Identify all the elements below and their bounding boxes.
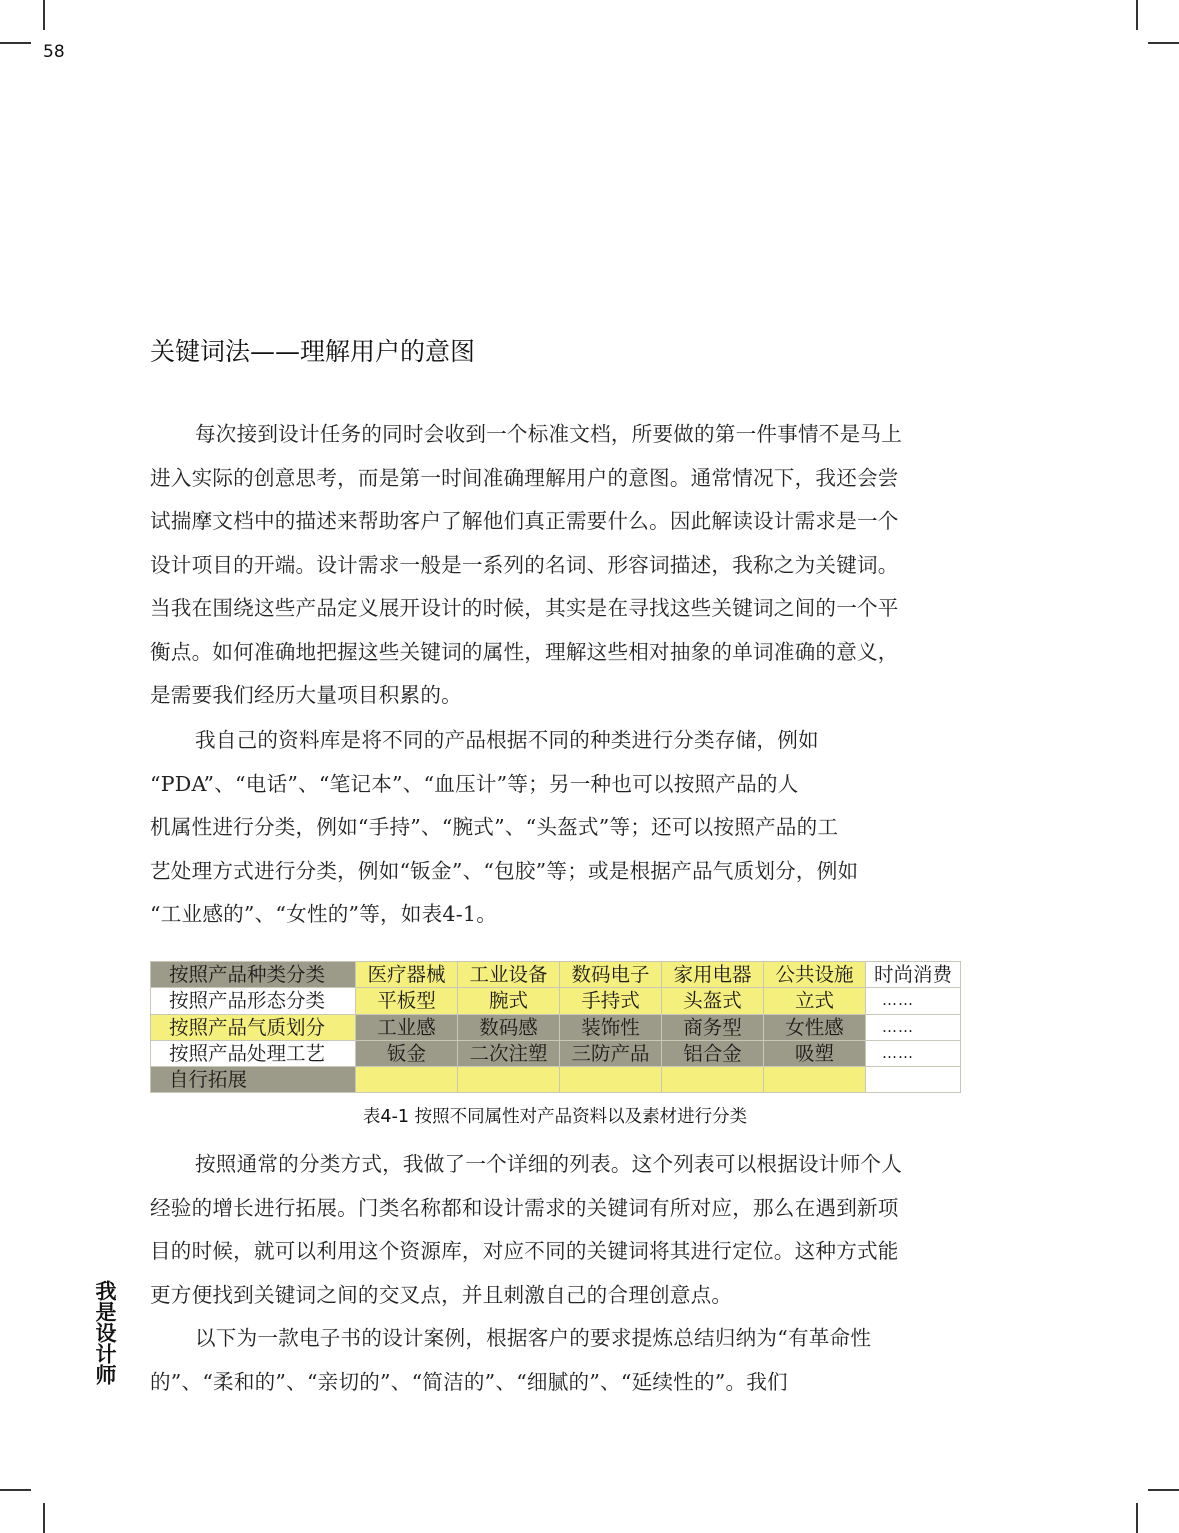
paragraph-3: 按照通常的分类方式，我做了一个详细的列表。这个列表可以根据设计师个人 经验的增长… <box>150 1143 960 1317</box>
crop-mark-top-right-horizontal <box>1148 42 1179 44</box>
paragraph-line: 我自己的资料库是将不同的产品根据不同的种类进行分类存储，例如 <box>150 719 960 763</box>
paragraph-line: 的”、“柔和的”、“亲切的”、“简洁的”、“细腻的”、“延续性的”。我们 <box>150 1361 960 1405</box>
table-cell: 立式 <box>764 988 866 1014</box>
row-header: 按照产品处理工艺 <box>151 1040 356 1066</box>
paragraph-line: 经验的增长进行拓展。门类名称都和设计需求的关键词有所对应，那么在遇到新项 <box>150 1187 960 1231</box>
table-row: 按照产品种类分类 医疗器械 工业设备 数码电子 家用电器 公共设施 时尚消费 <box>151 962 961 988</box>
paragraph-4: 以下为一款电子书的设计案例，根据客户的要求提炼总结归纳为“有革命性 的”、“柔和… <box>150 1317 960 1404</box>
table-cell: 钣金 <box>356 1040 458 1066</box>
crop-mark-bottom-left-horizontal <box>0 1489 31 1491</box>
table-cell: 三防产品 <box>560 1040 662 1066</box>
paragraph-line: 更方便找到关键词之间的交叉点，并且刺激自己的合理创意点。 <box>150 1274 960 1318</box>
table-cell: 数码感 <box>458 1014 560 1040</box>
paragraph-1: 每次接到设计任务的同时会收到一个标准文档，所要做的第一件事情不是马上 进入实际的… <box>150 413 960 718</box>
paragraph-line: 试揣摩文档中的描述来帮助客户了解他们真正需要什么。因此解读设计需求是一个 <box>150 500 960 544</box>
table-cell: 女性感 <box>764 1014 866 1040</box>
table-row: 按照产品形态分类 平板型 腕式 手持式 头盔式 立式 …… <box>151 988 961 1014</box>
classification-table: 按照产品种类分类 医疗器械 工业设备 数码电子 家用电器 公共设施 时尚消费 按… <box>150 961 961 1093</box>
paragraph-2: 我自己的资料库是将不同的产品根据不同的种类进行分类存储，例如 “PDA”、“电话… <box>150 719 960 937</box>
table-cell: 腕式 <box>458 988 560 1014</box>
table-cell <box>662 1067 764 1093</box>
table-cell: …… <box>866 1040 961 1066</box>
table-cell: 医疗器械 <box>356 962 458 988</box>
table-cell <box>458 1067 560 1093</box>
table-cell: 平板型 <box>356 988 458 1014</box>
row-header: 按照产品气质划分 <box>151 1014 356 1040</box>
table-row: 按照产品处理工艺 钣金 二次注塑 三防产品 铝合金 吸塑 …… <box>151 1040 961 1066</box>
table-cell: 头盔式 <box>662 988 764 1014</box>
table-cell: 数码电子 <box>560 962 662 988</box>
section-title: 关键词法——理解用户的意图 <box>150 332 475 368</box>
table-cell <box>866 1067 961 1093</box>
table-cell: 装饰性 <box>560 1014 662 1040</box>
row-header: 按照产品种类分类 <box>151 962 356 988</box>
table-cell <box>356 1067 458 1093</box>
table-cell: 吸塑 <box>764 1040 866 1066</box>
table-cell: 铝合金 <box>662 1040 764 1066</box>
paragraph-line: 当我在围绕这些产品定义展开设计的时候，其实是在寻找这些关键词之间的一个平 <box>150 587 960 631</box>
paragraph-line: 设计项目的开端。设计需求一般是一系列的名词、形容词描述，我称之为关键词。 <box>150 544 960 588</box>
table-cell: 工业设备 <box>458 962 560 988</box>
table-row: 按照产品气质划分 工业感 数码感 装饰性 商务型 女性感 …… <box>151 1014 961 1040</box>
table-cell: 手持式 <box>560 988 662 1014</box>
row-header: 按照产品形态分类 <box>151 988 356 1014</box>
table-cell: 公共设施 <box>764 962 866 988</box>
crop-mark-top-right-vertical <box>1136 0 1138 30</box>
table-row: 自行拓展 <box>151 1067 961 1093</box>
paragraph-line: 是需要我们经历大量项目积累的。 <box>150 674 960 718</box>
page-number: 58 <box>43 42 65 62</box>
crop-mark-top-left-vertical <box>43 0 45 30</box>
paragraph-line: 以下为一款电子书的设计案例，根据客户的要求提炼总结归纳为“有革命性 <box>150 1317 960 1361</box>
crop-mark-bottom-right-vertical <box>1136 1503 1138 1533</box>
paragraph-line: 衡点。如何准确地把握这些关键词的属性，理解这些相对抽象的单词准确的意义， <box>150 631 960 675</box>
crop-mark-top-left-horizontal <box>0 42 31 44</box>
paragraph-line: 艺处理方式进行分类，例如“钣金”、“包胶”等；或是根据产品气质划分，例如 <box>150 850 960 894</box>
table-cell: 二次注塑 <box>458 1040 560 1066</box>
table-cell: 家用电器 <box>662 962 764 988</box>
table-caption: 表4-1 按照不同属性对产品资料以及素材进行分类 <box>0 1103 1110 1128</box>
table-cell <box>560 1067 662 1093</box>
crop-mark-bottom-right-horizontal <box>1148 1489 1179 1491</box>
row-header: 自行拓展 <box>151 1067 356 1093</box>
table-cell: 工业感 <box>356 1014 458 1040</box>
paragraph-line: 按照通常的分类方式，我做了一个详细的列表。这个列表可以根据设计师个人 <box>150 1143 960 1187</box>
table-cell: 时尚消费 <box>866 962 961 988</box>
paragraph-line: “PDA”、“电话”、“笔记本”、“血压计”等；另一种也可以按照产品的人 <box>150 763 960 807</box>
running-side-label: 我是设计师 <box>92 1280 116 1385</box>
paragraph-line: “工业感的”、“女性的”等，如表4-1。 <box>150 893 960 937</box>
table-cell: …… <box>866 1014 961 1040</box>
table-cell <box>764 1067 866 1093</box>
crop-mark-bottom-left-vertical <box>43 1503 45 1533</box>
table-cell: 商务型 <box>662 1014 764 1040</box>
paragraph-line: 机属性进行分类，例如“手持”、“腕式”、“头盔式”等；还可以按照产品的工 <box>150 806 960 850</box>
paragraph-line: 目的时候，就可以利用这个资源库，对应不同的关键词将其进行定位。这种方式能 <box>150 1230 960 1274</box>
paragraph-line: 每次接到设计任务的同时会收到一个标准文档，所要做的第一件事情不是马上 <box>150 413 960 457</box>
table-cell: …… <box>866 988 961 1014</box>
paragraph-line: 进入实际的创意思考，而是第一时间准确理解用户的意图。通常情况下，我还会尝 <box>150 457 960 501</box>
